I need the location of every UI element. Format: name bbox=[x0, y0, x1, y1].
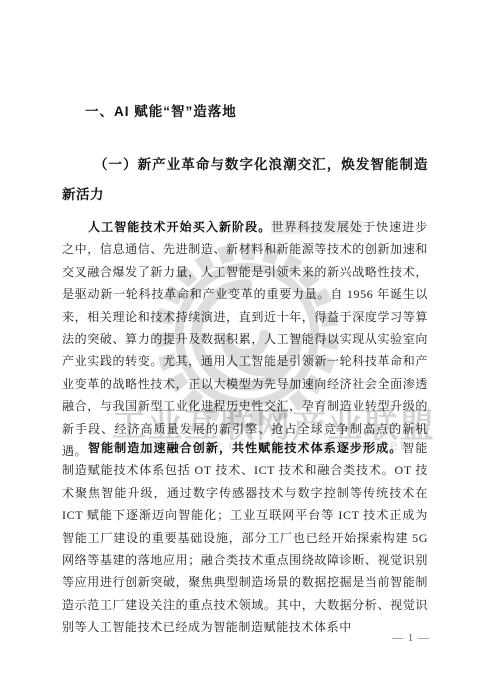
paragraph-1-body-text: 于快速进步之中，信息通信、先进制造、新材料和新能源等技术的创新加速和交叉融合爆发… bbox=[62, 220, 428, 458]
paragraph-2-bold-lead: 智能制造加速融合创新，共性赋能技术体系逐步形成。 bbox=[88, 441, 402, 455]
paragraph-1-bold-lead: 人工智能技术开始买入新阶段。 bbox=[88, 220, 271, 234]
paragraph-1-highlighted-run: 世界科技发展处 bbox=[271, 220, 363, 234]
page-number: — 1 — bbox=[360, 632, 430, 644]
paragraph-1: 人工智能技术开始买入新阶段。世界科技发展处于快速进步之中，信息通信、先进制造、新… bbox=[62, 216, 428, 462]
paragraph-2-body-text: 智能制造赋能技术体系包括 OT 技术、ICT 技术和融合类技术。OT 技术聚焦智… bbox=[62, 441, 428, 634]
paragraph-2: 智能制造加速融合创新，共性赋能技术体系逐步形成。智能制造赋能技术体系包括 OT … bbox=[62, 437, 428, 639]
subsection-heading: （一）新产业革命与数字化浪潮交汇，焕发智能制造新活力 bbox=[62, 150, 428, 210]
section-heading: 一、AI 赋能“智”造落地 bbox=[85, 100, 237, 120]
document-page: 工业互联网产业联盟 Alliance of Industrial Interne… bbox=[0, 0, 488, 692]
